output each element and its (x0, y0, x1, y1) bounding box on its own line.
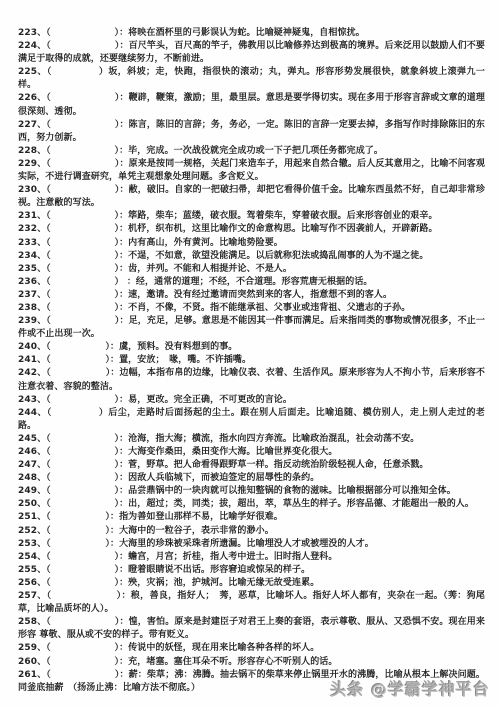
entry-line: 225、（ ）坂，斜坡；走，快跑，指很快的滚动；丸，弹丸。形容形势发展很快，就象… (18, 66, 485, 92)
entry-line: 260、（ ）：充，堵塞。塞住耳朵不听。形容存心不听别人的话。 (18, 656, 485, 669)
entry-line: 230、（ ）：敝，破旧。自家的一把破扫帚，却把它看得价值千金。比喻东西虽然不好… (18, 184, 485, 210)
entry-line: 228、（ ）：毕，完成。一次战役就完全成功或一下子把几项任务都完成了。 (18, 145, 485, 158)
entry-line: 231、（ ）：筚路，柴车；蓝缕，破衣服。驾着柴车，穿着破衣服。后来形容创业的艰… (18, 210, 485, 223)
entry-line: 236、（ ） ：经，通常的道理；不经，不合道理。形容荒唐无根据的话。 (18, 276, 485, 289)
entry-line: 258、（ ）：惶，害怕。原来是封建臣子对君王上奏的套语，表示尊敬、服从、又恐惧… (18, 616, 485, 642)
entry-line: 259、（ ）：传说中的妖怪，现在用来比喻各种各样的坏人。 (18, 642, 485, 655)
entry-line: 233、（ ）：内有高山，外有黄河。比喻地势险要。 (18, 237, 485, 250)
entry-line: 223、（ ）：将映在酒杯里的弓影误认为蛇。比喻疑神疑鬼，自相惊扰。 (18, 27, 485, 40)
entry-line: 226、（ ）：鞭辟，鞭策，激励；里，最里层。意思是要学得切实。现在多用于形容言… (18, 92, 485, 118)
entry-line: 255、（ ）：瞪着眼睛说不出话。形容窘迫或惊呆的样子。 (18, 564, 485, 577)
entry-line: 224、（ ）：百尺竿头，百尺高的竿子，佛教用以比喻修养达到极高的境界。后来泛用… (18, 40, 485, 66)
entry-line: 249、（ ）：品尝鼎锅中的一块肉就可以推知整锅的食物的滋味。比喻根据部分可以推… (18, 485, 485, 498)
entry-line: 248、（ ）：因敌人兵临城下，而被迫签定的屈辱性的条约。 (18, 472, 485, 485)
worksheet-page: 223、（ ）：将映在酒杯里的弓影误认为蛇。比喻疑神疑鬼，自相惊扰。 224、（… (0, 0, 500, 706)
entry-line: 244、（ ）后尘，走路时后面扬起的尘土。跟在别人后面走。比喻追随、模仿别人，走… (18, 407, 485, 433)
entry-line: 252、（ ）：大海中的一粒谷子，表示非常的渺小。 (18, 525, 485, 538)
entry-line: 232、（ ）：机杼，织布机，这里比喻作文的命意构思。比喻写作不因袭前人，开辟新… (18, 223, 485, 236)
entry-line: 229、（ ）：原来是按同一规格，关起门来造车子，用起来自然合辙。后人反其意用之… (18, 158, 485, 184)
entry-line: 234、（ ）：不逞，不如意，欲望没能满足。以后就称犯法或捣乱闹事的人为不逞之徒… (18, 250, 485, 263)
entry-line: 250、（ ）：出，超过；类，同类；拔，超出，萃，草丛生的样子。形容品德、才能超… (18, 498, 485, 511)
watermark: 头条 @学霸学神平台 (330, 677, 490, 700)
entry-line: 238、（ ）：不肖，不像，不贤。指不能继承祖、父事业或违背祖、父遗志的子孙。 (18, 302, 485, 315)
entry-line: 241、（ ）：置，安放； 喙，嘴。不许插嘴。 (18, 354, 485, 367)
entry-line: 239、（ ）：足，充足，足够。意思是不能因其一件事而满足。后来指同类的事物或情… (18, 315, 485, 341)
entry-line: 235、（ ）：齿，并列。不能和人相提并论、不是人。 (18, 263, 485, 276)
entry-line: 254、（ ）：蟾宫，月宫；折桂，指人考中进士。旧时指人登科。 (18, 551, 485, 564)
entry-line: 243、（ ）：易，更改。完全正确，不可更改的言论。 (18, 394, 485, 407)
entry-line: 245、（ ）：沧海，指大海；横流，指水向四方奔流。比喻政治混乱，社会动荡不安。 (18, 433, 485, 446)
entry-line: 257、（ ）：稂，善良，指好人； 莠，恶草，比喻坏人。指好人坏人都有，夹杂在一… (18, 590, 485, 616)
entry-line: 251、（ ）：指为善如登山那样不易，比喻学好很难。 (18, 511, 485, 524)
entries-list: 223、（ ）：将映在酒杯里的弓影误认为蛇。比喻疑神疑鬼，自相惊扰。 224、（… (18, 27, 485, 695)
entry-line: 240、（ ）：虞，预料。没有料想到的事。 (18, 341, 485, 354)
entry-line: 247、（ ）：菅，野草。把人命看得跟野草一样。指反动统治阶级轻视人命，任意杀戮… (18, 459, 485, 472)
entry-line: 246、（ ）：大海变作桑田，桑田变作大海。比喻世界变化很大。 (18, 446, 485, 459)
entry-line: 253、（ ）：大海里的珍珠被采珠者所遗漏。比喻埋没人才或被埋没的人才。 (18, 538, 485, 551)
entry-line: 242、（ ）：边幅，本指布帛的边缘，比喻仪表、衣着、生活作风。原来形容为人不拘… (18, 367, 485, 393)
entry-line: 227、（ ）：陈言，陈旧的言辞；务，务必，一定。陈旧的言辞一定要去掉，多指写作… (18, 119, 485, 145)
entry-line: 256、（ ）：殃，灾祸；池，护城河。比喻无缘无故受连累。 (18, 577, 485, 590)
entry-line: 237、（ ）：速，邀请。没有经过邀请而突然到来的客人，指意想不到的客人。 (18, 289, 485, 302)
